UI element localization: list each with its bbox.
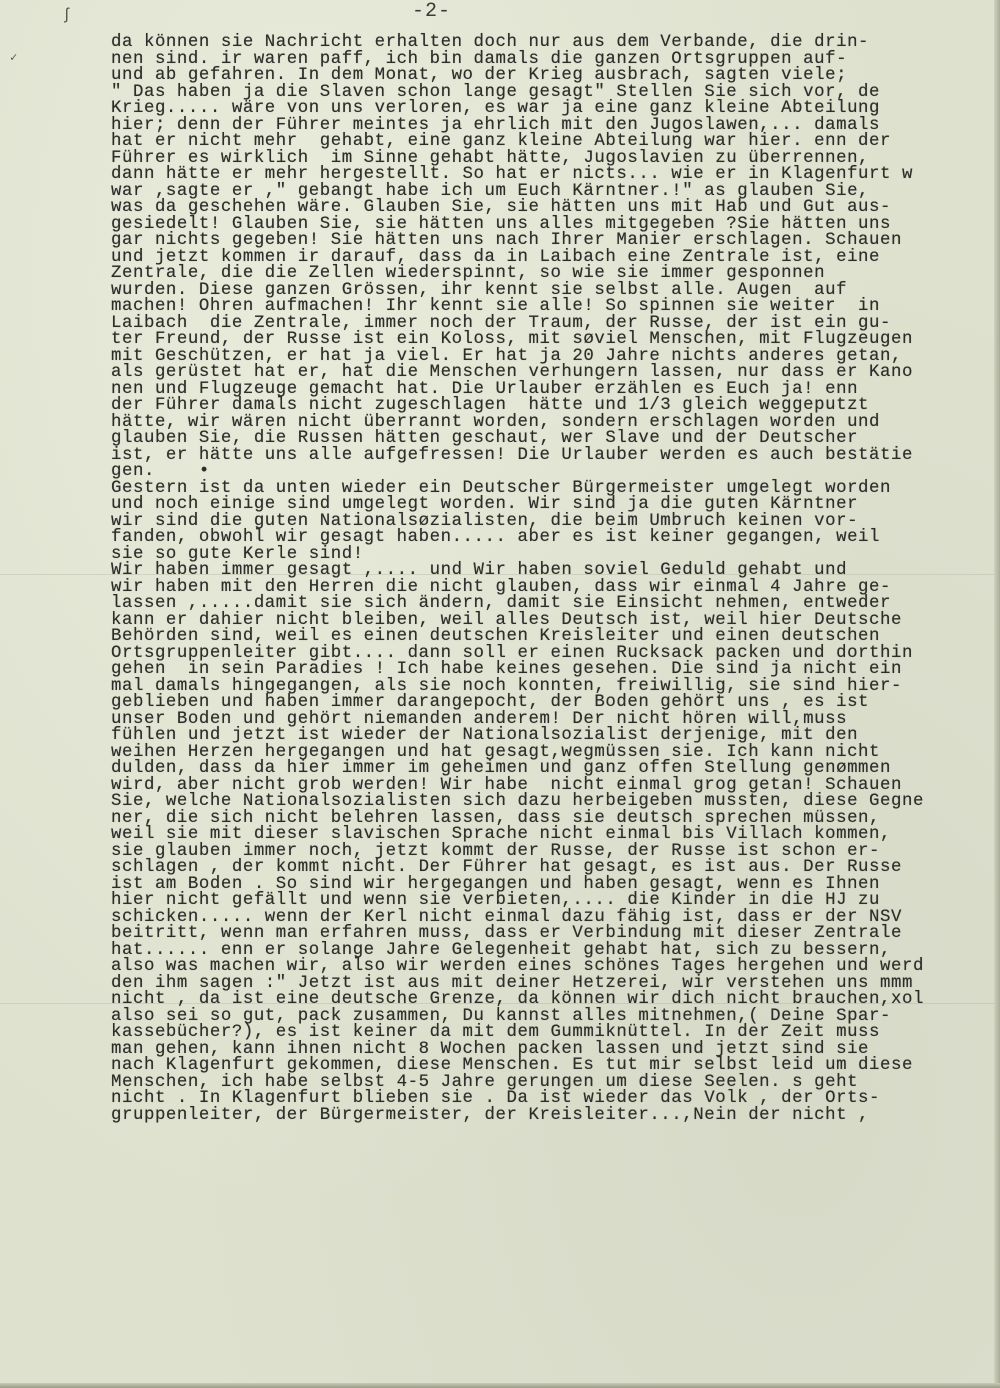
- margin-tick-mark: ✓: [10, 50, 17, 65]
- text-line: gruppenleiter, der Bürgermeister, der Kr…: [111, 1108, 991, 1125]
- page-number: -2-: [412, 0, 451, 23]
- typed-text-body: da können sie Nachricht erhalten doch nu…: [111, 35, 991, 1190]
- text-line: [111, 1157, 991, 1174]
- paper-edge-right: [994, 0, 1000, 1388]
- text-line: ist, er hätte uns alle aufgefressen! Die…: [111, 448, 991, 465]
- paper-edge-bottom: [0, 1383, 1000, 1388]
- text-line: [111, 1124, 991, 1141]
- text-line: [111, 1174, 991, 1191]
- typewritten-page: -2- ʃ ✓ da können sie Nachricht erhalten…: [0, 0, 1000, 1388]
- text-line: [111, 1141, 991, 1158]
- margin-pencil-mark: ʃ: [62, 6, 72, 24]
